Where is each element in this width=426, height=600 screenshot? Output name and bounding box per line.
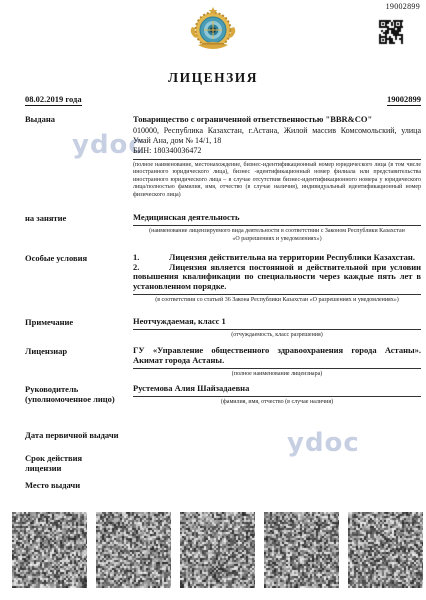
field-label: Срок действия лицензии [25, 453, 133, 473]
field-special-conditions: Особые условия 1.Лицензия действительна … [25, 253, 421, 304]
field-issued-to: Выдана Товарищество с ограниченной ответ… [25, 114, 421, 199]
issue-date: 08.02.2019 года [25, 94, 82, 106]
field-footnote: (наименование лицензируемого вида деятел… [133, 226, 421, 243]
data-matrix-icon [180, 512, 255, 588]
head-name: Рустемова Алия Шайзадаевна [133, 384, 421, 397]
field-label: Дата первичной выдачи [25, 430, 421, 440]
license-number: 19002899 [387, 94, 421, 106]
field-label: Особые условия [25, 253, 133, 263]
activity-value: Медицинская деятельность [133, 213, 421, 226]
field-label: на занятие [25, 213, 133, 223]
document-number-top: 19002899 [386, 2, 420, 11]
data-matrix-icon [348, 512, 423, 588]
document-title: ЛИЦЕНЗИЯ [0, 70, 426, 86]
date-number-row: 08.02.2019 года 19002899 [25, 94, 421, 106]
data-matrix-icon [264, 512, 339, 588]
bottom-barcode-strip [12, 512, 423, 588]
field-label: Место выдачи [25, 480, 133, 490]
kazakhstan-emblem-icon [188, 7, 238, 60]
data-matrix-icon [96, 512, 171, 588]
field-label: Руководитель (уполномоченное лицо) [25, 384, 133, 404]
licensee-name: Товарищество с ограниченной ответственно… [133, 114, 421, 124]
qr-code-icon [377, 18, 404, 46]
licensor-value: ГУ «Управление общественного здравоохран… [133, 346, 421, 368]
divider-line [133, 159, 421, 160]
field-label: Примечание [25, 317, 133, 327]
licensee-bin: БИН: 180340036472 [133, 146, 421, 156]
field-label: Выдана [25, 114, 133, 124]
licensee-address: 010000, Республика Казахстан, г.Астана, … [133, 126, 421, 145]
field-head: Руководитель (уполномоченное лицо) Русте… [25, 384, 421, 406]
field-activity: на занятие Медицинская деятельность (наи… [25, 213, 421, 243]
field-footnote: (отчуждаемость, класс разрешения) [133, 330, 421, 340]
field-note: Примечание Неотчуждаемая, класс 1 (отчуж… [25, 317, 421, 339]
license-document-page: 19002899 ЛИЦЕНЗИЯ ydoc [0, 0, 426, 600]
field-footnote: (полное наименование лицензиара) [133, 369, 421, 379]
field-footnote: (фамилия, имя, отчество (в случае наличи… [133, 397, 421, 407]
condition-item: 2.Лицензия является постоянной и действи… [133, 263, 421, 292]
field-first-issue-date: Дата первичной выдачи [25, 430, 421, 440]
data-matrix-icon [12, 512, 87, 588]
field-place-of-issue: Место выдачи [25, 480, 421, 490]
note-value: Неотчуждаемая, класс 1 [133, 317, 421, 330]
document-body: 08.02.2019 года 19002899 Выдана Товарище… [25, 94, 421, 490]
field-footnote: (полное наименование, местонахождение, б… [133, 162, 421, 200]
field-footnote: (в соответствии со статьей 36 Закона Рес… [133, 295, 421, 305]
field-licensor: Лицензиар ГУ «Управление общественного з… [25, 346, 421, 378]
field-label: Лицензиар [25, 346, 133, 356]
field-validity-period: Срок действия лицензии [25, 453, 421, 473]
